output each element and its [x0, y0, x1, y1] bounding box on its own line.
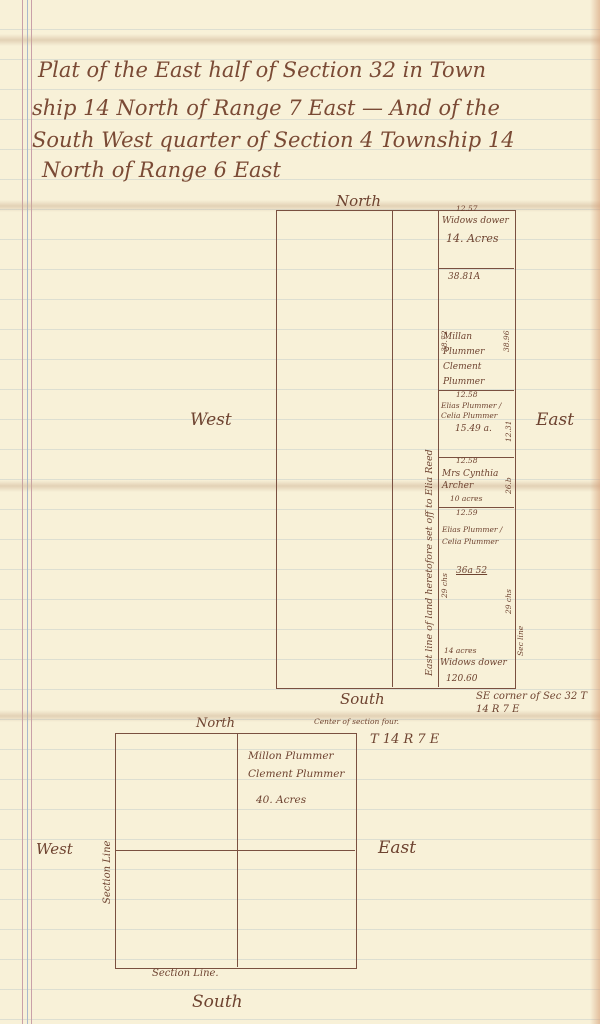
parcel-divider: [438, 268, 514, 269]
parcel-7-extra: 120.60: [446, 674, 478, 684]
title-line-2: ship 14 North of Range 7 East — And of t…: [32, 96, 500, 120]
east-line-label: East line of land heretofore set off to …: [424, 449, 435, 676]
parcel-1-measure: 12.57: [456, 204, 477, 213]
title-line-3: South West quarter of Section 4 Township…: [32, 128, 515, 152]
lower-east-label: East: [378, 838, 416, 858]
parcel-7-owner: Widows dower: [440, 658, 507, 668]
parcel-5-measure: 12.58: [456, 456, 477, 465]
parcel-4-measure: 12.58: [456, 390, 477, 399]
parcel-4-area: 15.49 a.: [455, 424, 492, 434]
lower-divider-horizontal: [115, 850, 355, 851]
right-mark-1: 12.31: [504, 421, 513, 442]
upper-north-label: North: [336, 192, 381, 210]
paper-fold: [0, 34, 600, 46]
title-line-1: Plat of the East half of Section 32 in T…: [38, 58, 486, 82]
section-line-bottom: Section Line.: [152, 968, 219, 979]
lower-north-label: North: [196, 716, 235, 731]
sec-line-label: Sec line: [516, 626, 525, 656]
parcel-2-area: 38.81A: [448, 272, 480, 282]
paper-edge: [590, 0, 600, 1024]
parcel-6-area: 36a 52: [456, 566, 487, 576]
upper-west-label: West: [190, 410, 232, 430]
parcel-4-owner: Elias Plummer / Celia Plummer: [441, 401, 513, 421]
lower-owner-2: Clement Plummer: [248, 768, 344, 780]
parcel-5-area: 10 acres: [450, 494, 482, 503]
margin-line: [31, 0, 32, 1024]
township-note: T 14 R 7 E: [370, 732, 439, 747]
margin-line: [22, 0, 23, 1024]
title-line-4: North of Range 6 East: [42, 158, 281, 182]
upper-south-label: South: [340, 690, 385, 708]
upper-divider: [392, 210, 393, 687]
lower-west-label: West: [36, 840, 73, 858]
margin-line: [27, 0, 28, 1024]
right-mark-2: 26.b: [504, 477, 513, 494]
parcel-1-owner: Widows dower: [442, 216, 509, 226]
parcel-5-owner: Mrs Cynthia Archer: [442, 468, 512, 492]
parcel-3-owner: Millan Plummer Clement Plummer: [443, 330, 503, 390]
strip-divider: [438, 210, 439, 687]
lower-owner-1: Millon Plummer: [248, 750, 334, 762]
chs-right-label: 29 chs: [504, 589, 513, 614]
parcel-3-left-measure: 38.72: [440, 331, 449, 352]
parcel-1-area: 14. Acres: [446, 232, 499, 245]
parcel-6-measure: 12.59: [456, 508, 477, 517]
parcel-3-right-measure: 38.96: [502, 331, 511, 352]
center-note: Center of section four.: [314, 717, 399, 726]
parcel-6-owner: Elias Plummer / Celia Plummer: [442, 524, 514, 548]
ledger-page: Plat of the East half of Section 32 in T…: [0, 0, 600, 1024]
se-corner-note: SE corner of Sec 32 T 14 R 7 E: [476, 690, 596, 716]
chs-left-label: 29 chs: [440, 573, 449, 598]
lower-south-label: South: [192, 992, 243, 1012]
upper-east-label: East: [536, 410, 574, 430]
section-line-left: Section Line: [102, 841, 113, 904]
parcel-7-area: 14 acres: [444, 646, 476, 655]
lower-area: 40. Acres: [256, 794, 306, 806]
